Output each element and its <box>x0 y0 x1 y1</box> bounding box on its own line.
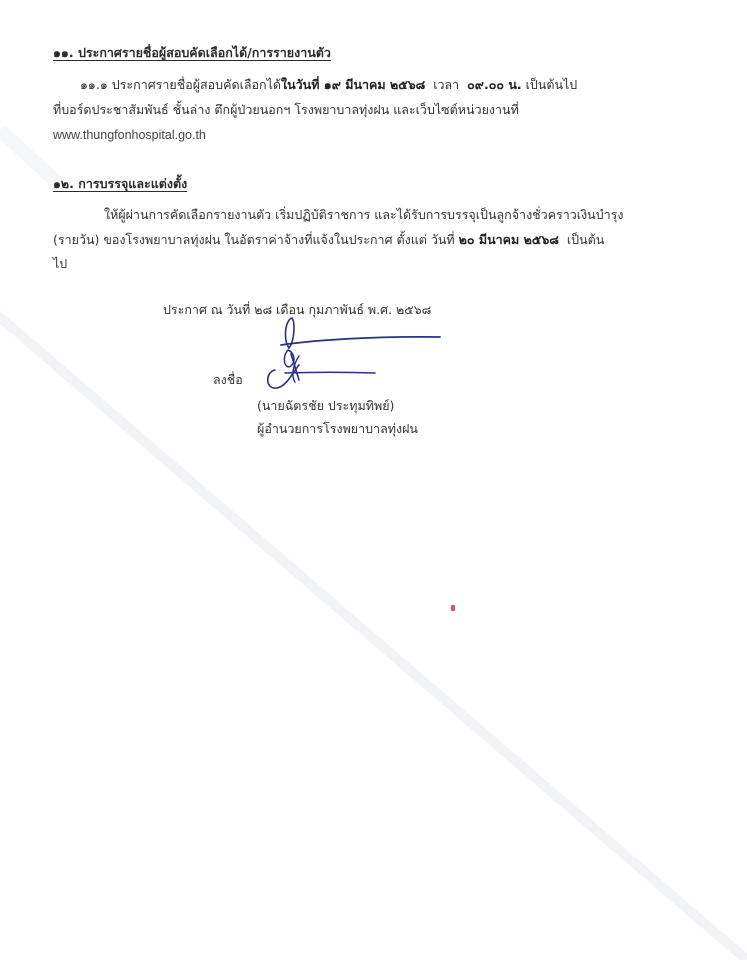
announcement-time: ๐๙.๐๐ น. <box>467 77 521 92</box>
appointment-date: ๒๐ มีนาคม ๒๕๖๘ <box>459 232 559 247</box>
section-11-1-line1: ๑๑.๑ ประกาศรายชื่อผู้สอบคัดเลือกได้ในวัน… <box>80 77 577 93</box>
website-link[interactable]: www.thungfonhospital.go.th <box>53 127 206 143</box>
red-ink-mark <box>451 605 455 611</box>
section-12-line2: (รายวัน) ของโรงพยาบาลทุ่งฝน ในอัตราค่าจ้… <box>53 232 604 248</box>
signer-name: (นายฉัตรชัย ประทุมทิพย์) <box>257 398 394 414</box>
section-12-heading: ๑๒. การบรรจุและแต่งตั้ง <box>53 176 187 192</box>
announcement-date: ในวันที่ ๑๙ มีนาคม ๒๕๖๘ <box>281 77 425 92</box>
signer-title: ผู้อำนวยการโรงพยาบาลทุ่งฝน <box>257 421 418 437</box>
section-12-line3: ไป <box>53 256 67 272</box>
section-11-heading: ๑๑. ประกาศรายชื่อผู้สอบคัดเลือกได้/การรา… <box>53 45 331 61</box>
line1-tail: เป็นต้นไป <box>526 77 578 92</box>
signature <box>255 310 445 395</box>
line2-text: (รายวัน) ของโรงพยาบาลทุ่งฝน ในอัตราค่าจ้… <box>53 232 455 247</box>
item-number: ๑๑.๑ <box>80 77 108 92</box>
sign-label: ลงชื่อ <box>213 372 243 388</box>
section-11-1-line2: ที่บอร์ดประชาสัมพันธ์ ชั้นล่าง ตึกผู้ป่ว… <box>53 102 519 118</box>
line1-text: ประกาศรายชื่อผู้สอบคัดเลือกได้ <box>112 77 281 92</box>
document-page: ๑๑. ประกาศรายชื่อผู้สอบคัดเลือกได้/การรา… <box>0 0 747 960</box>
line2-tail: เป็นต้น <box>567 232 604 247</box>
section-12-line1: ให้ผู้ผ่านการคัดเลือกรายงานตัว เริ่มปฏิบ… <box>104 207 623 223</box>
time-label: เวลา <box>433 77 459 92</box>
